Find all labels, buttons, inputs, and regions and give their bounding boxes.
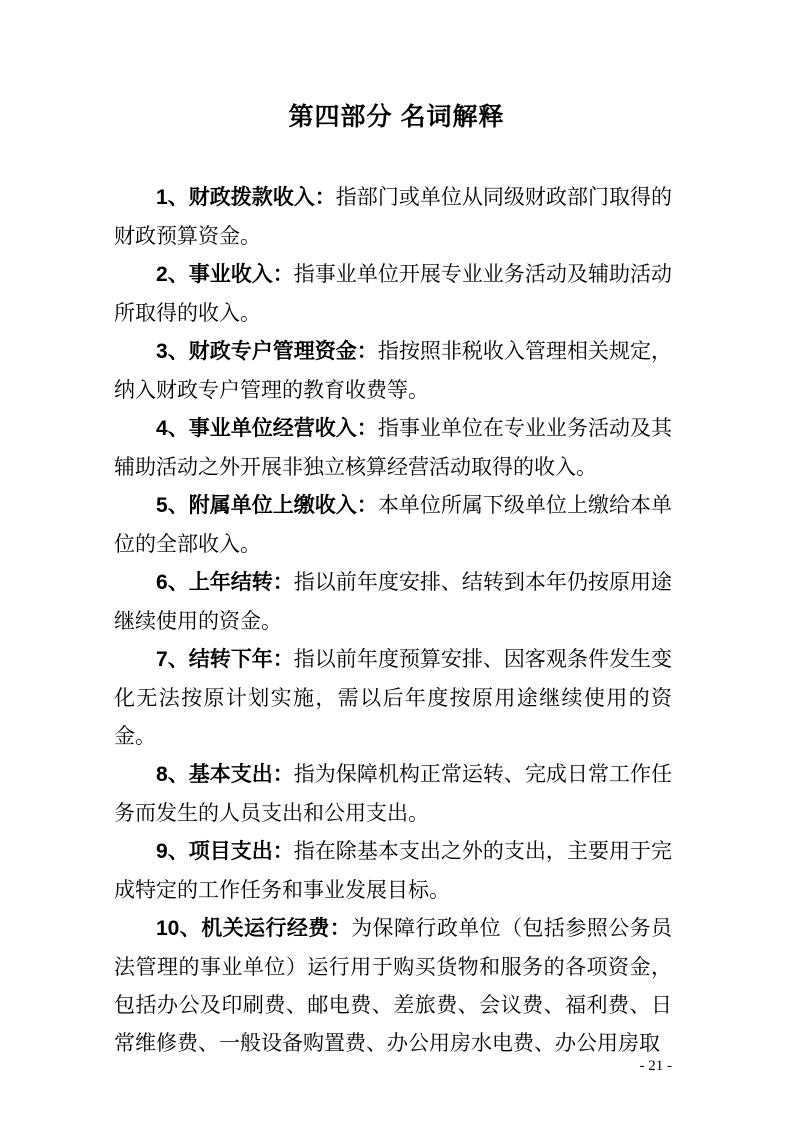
term-label: 6、上年结转：	[156, 571, 294, 594]
term-label: 9、项目支出：	[156, 840, 294, 863]
glossary-item: 6、上年结转：指以前年度安排、结转到本年仍按原用途继续使用的资金。	[114, 563, 672, 640]
term-label: 10、机关运行经费：	[156, 917, 351, 940]
term-label: 8、基本支出：	[156, 763, 294, 786]
term-label: 1、财政拨款收入：	[156, 186, 336, 209]
glossary-content: 1、财政拨款收入：指部门或单位从同级财政部门取得的财政预算资金。 2、事业收入：…	[114, 178, 672, 1062]
glossary-item: 10、机关运行经费：为保障行政单位（包括参照公务员法管理的事业单位）运行用于购买…	[114, 909, 672, 1062]
glossary-item: 7、结转下年：指以前年度预算安排、因客观条件发生变化无法按原计划实施，需以后年度…	[114, 640, 672, 755]
page-number: - 21 -	[640, 1058, 673, 1075]
document-page: 第四部分 名词解释 1、财政拨款收入：指部门或单位从同级财政部门取得的财政预算资…	[0, 0, 793, 1122]
glossary-item: 1、财政拨款收入：指部门或单位从同级财政部门取得的财政预算资金。	[114, 178, 672, 255]
term-label: 3、财政专户管理资金：	[156, 340, 378, 363]
term-label: 4、事业单位经营收入：	[156, 417, 378, 440]
term-label: 5、附属单位上缴收入：	[156, 494, 378, 517]
glossary-item: 3、财政专户管理资金：指按照非税收入管理相关规定，纳入财政专户管理的教育收费等。	[114, 332, 672, 409]
glossary-item: 8、基本支出：指为保障机构正常运转、完成日常工作任务而发生的人员支出和公用支出。	[114, 755, 672, 832]
glossary-item: 5、附属单位上缴收入：本单位所属下级单位上缴给本单位的全部收入。	[114, 486, 672, 563]
term-label: 7、结转下年：	[156, 648, 294, 671]
glossary-item: 2、事业收入：指事业单位开展专业业务活动及辅助活动所取得的收入。	[114, 255, 672, 332]
glossary-item: 9、项目支出：指在除基本支出之外的支出，主要用于完成特定的工作任务和事业发展目标…	[114, 832, 672, 909]
glossary-item: 4、事业单位经营收入：指事业单位在专业业务活动及其辅助活动之外开展非独立核算经营…	[114, 409, 672, 486]
page-title: 第四部分 名词解释	[0, 0, 793, 133]
term-label: 2、事业收入：	[156, 263, 294, 286]
